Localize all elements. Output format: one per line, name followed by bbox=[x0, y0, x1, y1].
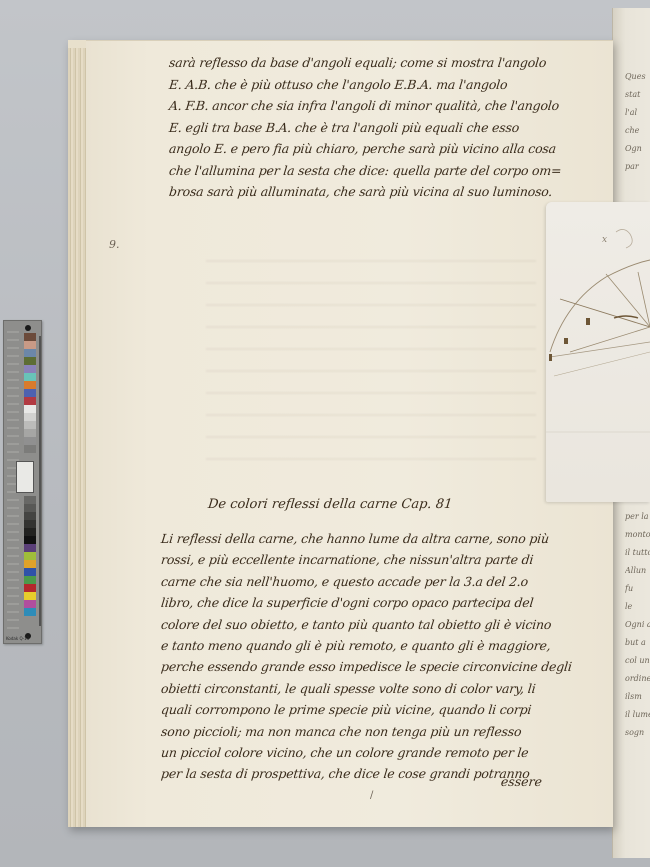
adjacent-page-line: che bbox=[625, 122, 650, 140]
color-patch bbox=[24, 568, 36, 576]
adjacent-page-line: stat bbox=[625, 86, 650, 104]
color-patch bbox=[24, 365, 36, 373]
manuscript-line: perche essendo grande esso impedisce le … bbox=[160, 656, 573, 677]
adjacent-page-line: ilsm bbox=[625, 688, 650, 706]
adjacent-page-line: par bbox=[625, 158, 650, 176]
manuscript-line: e tanto meno quando gli è più remoto, e … bbox=[160, 635, 573, 656]
manuscript-line: sono piccioli; ma non manca che non teng… bbox=[160, 721, 573, 742]
color-patch bbox=[24, 520, 36, 528]
adjacent-page-line: monto bbox=[625, 526, 650, 544]
target-edge-bar bbox=[39, 336, 41, 626]
color-patch bbox=[24, 592, 36, 600]
color-patch bbox=[24, 333, 36, 341]
manuscript-line: un picciol colore vicino, che un colore … bbox=[160, 742, 573, 763]
adjacent-page-line: fu bbox=[625, 580, 650, 598]
color-patch bbox=[24, 381, 36, 389]
diagram-mark-b bbox=[586, 318, 590, 325]
manuscript-line: obietti circonstanti, le quali spesse vo… bbox=[160, 678, 573, 699]
color-patch bbox=[24, 576, 36, 584]
color-patch bbox=[24, 397, 36, 405]
geometric-diagram: x bbox=[546, 202, 650, 502]
adjacent-page-text-upper: Quesstatl'alcheOgnpar bbox=[625, 68, 650, 176]
target-caption: Kodak Q-13 bbox=[6, 636, 29, 641]
color-patch bbox=[24, 600, 36, 608]
manuscript-line: libro, che dice la superficie d'ogni cor… bbox=[160, 592, 573, 613]
foot-mark: / bbox=[370, 790, 373, 801]
manuscript-line: angolo E. e pero fia più chiaro, perche … bbox=[168, 138, 563, 160]
paragraph-2: Li reflessi della carne, che hanno lume … bbox=[160, 528, 571, 785]
color-patch bbox=[24, 512, 36, 520]
page-edges bbox=[68, 48, 88, 827]
manuscript-line: che l'allumina per la sesta che dice: qu… bbox=[168, 160, 563, 182]
color-patch bbox=[24, 528, 36, 536]
color-patch bbox=[24, 405, 36, 413]
adjacent-page-line: il tutto bbox=[625, 544, 650, 562]
adjacent-page-line: Allun bbox=[625, 562, 650, 580]
chapter-heading: De colori reflessi della carne Cap. 81 bbox=[207, 497, 453, 512]
color-patch bbox=[24, 437, 36, 445]
color-patch bbox=[24, 389, 36, 397]
adjacent-page-line: col un bbox=[625, 652, 650, 670]
diagram-mark-x: x bbox=[602, 235, 607, 245]
adjacent-page-line: Ques bbox=[625, 68, 650, 86]
color-patches-bottom bbox=[24, 496, 36, 616]
manuscript-line: brosa sarà più alluminata, che sarà più … bbox=[168, 181, 563, 203]
color-patch bbox=[24, 445, 36, 453]
color-patch bbox=[24, 357, 36, 365]
adjacent-page-text-lower: per lamontoil tuttoAllunfuleOgni altbut … bbox=[625, 508, 650, 742]
ink-bleed-through bbox=[206, 246, 536, 476]
adjacent-page-line: per la bbox=[625, 508, 650, 526]
color-patch bbox=[24, 413, 36, 421]
manuscript-line: colore del suo obietto, e tanto più quan… bbox=[160, 614, 573, 635]
interleaved-drawing-sheet: x bbox=[546, 202, 650, 502]
color-patch bbox=[24, 552, 36, 560]
adjacent-page-line: l'al bbox=[625, 104, 650, 122]
adjacent-page-line: il lume bbox=[625, 706, 650, 724]
adjacent-page-line: ordine bbox=[625, 670, 650, 688]
color-patch bbox=[24, 341, 36, 349]
color-patch bbox=[24, 584, 36, 592]
color-patch bbox=[24, 349, 36, 357]
adjacent-page-line: sogn bbox=[625, 724, 650, 742]
manuscript-line: A. F.B. ancor che sia infra l'angoli di … bbox=[168, 95, 563, 117]
color-patch bbox=[24, 504, 36, 512]
margin-mark: 9. bbox=[109, 238, 120, 251]
adjacent-page-line: but a bbox=[625, 634, 650, 652]
adjacent-page-line: Ogni alt bbox=[625, 616, 650, 634]
manuscript-line: Li reflessi della carne, che hanno lume … bbox=[160, 528, 573, 549]
color-patch bbox=[24, 496, 36, 504]
target-label-box bbox=[16, 461, 34, 493]
catchword: essere bbox=[500, 774, 543, 789]
diagram-mark-a bbox=[564, 338, 568, 344]
manuscript-line: carne che sia nell'huomo, e questo accad… bbox=[160, 571, 573, 592]
color-patches-top bbox=[24, 333, 36, 453]
color-patch bbox=[24, 608, 36, 616]
color-patch bbox=[24, 421, 36, 429]
manuscript-line: sarà reflesso da base d'angoli equali; c… bbox=[168, 52, 563, 74]
color-patch bbox=[24, 373, 36, 381]
adjacent-page-line: Ogn bbox=[625, 140, 650, 158]
manuscript-line: quali corrompono le prime specie più vic… bbox=[160, 699, 573, 720]
color-patch bbox=[24, 544, 36, 552]
color-patch bbox=[24, 429, 36, 437]
diagram-mark-c bbox=[549, 354, 552, 361]
manuscript-line: E. egli tra base B.A. che è tra l'angoli… bbox=[168, 117, 563, 139]
target-hole-top bbox=[25, 325, 31, 331]
adjacent-page-line: le bbox=[625, 598, 650, 616]
paragraph-1: sarà reflesso da base d'angoli equali; c… bbox=[168, 52, 560, 203]
manuscript-line: E. A.B. che è più ottuso che l'angolo E.… bbox=[168, 74, 563, 96]
color-calibration-target: Kodak Q-13 bbox=[3, 320, 42, 644]
manuscript-line: rossi, e più eccellente incarnatione, ch… bbox=[160, 549, 573, 570]
color-patch bbox=[24, 560, 36, 568]
color-patch bbox=[24, 536, 36, 544]
